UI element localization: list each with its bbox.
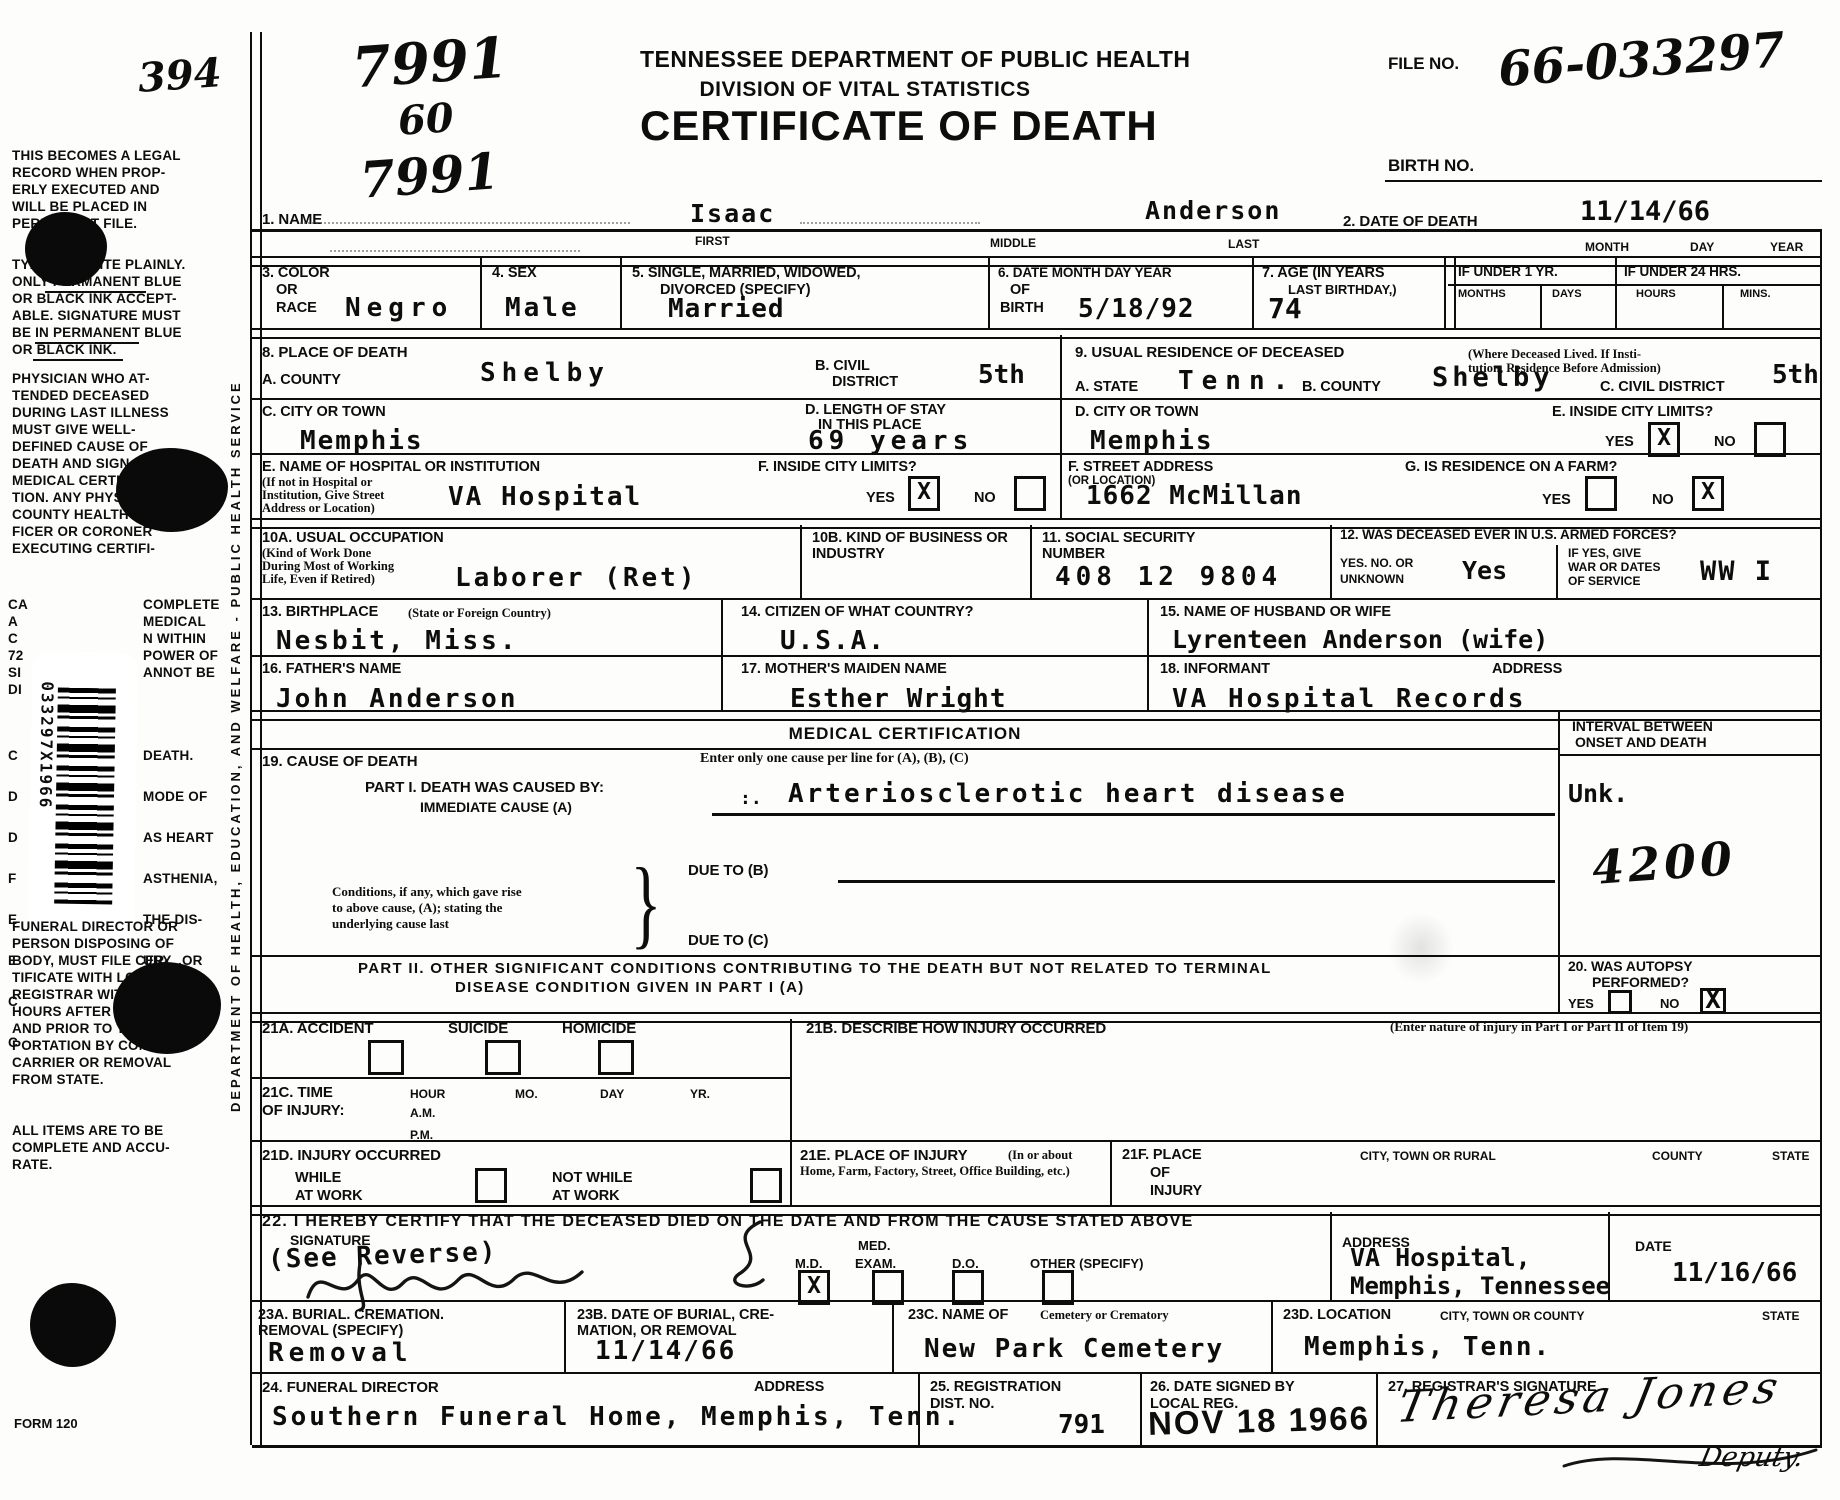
grid-line — [1110, 1140, 1112, 1205]
months-sublabel: MONTHS — [1458, 288, 1506, 300]
cause-note: Enter only one cause per line for (A), (… — [700, 751, 969, 767]
yes-label: YES — [1568, 996, 1594, 1011]
grid-line — [1147, 655, 1149, 712]
homicide-checkbox — [598, 1040, 634, 1075]
certify-date-label: DATE — [1635, 1238, 1672, 1254]
hospital-note: (If not in Hospital orInstitution, Give … — [262, 476, 384, 515]
part2-label: PART II. OTHER SIGNIFICANT CONDITIONS CO… — [358, 960, 1272, 977]
hospital-value: VA Hospital — [448, 482, 642, 512]
civil-district-value: 5th — [978, 360, 1025, 390]
grid-line — [800, 525, 802, 598]
handwritten-60: 60 — [396, 94, 455, 145]
place-of-injury-note-1: (In or about — [1008, 1148, 1072, 1163]
usual-residence-label: 9. USUAL RESIDENCE OF DECEASED — [1075, 344, 1344, 361]
margin-cut-right: COMPLETEMEDICALN WITHINPOWER OFANNOT BE — [143, 596, 233, 681]
month-sublabel: MONTH — [1585, 240, 1629, 254]
grid-line — [838, 880, 1555, 883]
mins-sublabel: MINS. — [1740, 288, 1771, 300]
hour-sublabel: HOUR — [410, 1087, 445, 1101]
underline-black-ink — [33, 359, 123, 361]
cemetery-paren: Cemetery or Crematory — [1040, 1308, 1169, 1323]
homicide-label: HOMICIDE — [562, 1020, 636, 1037]
barcode-icon — [54, 688, 116, 905]
burial-value: Removal — [268, 1338, 413, 1368]
city-value: Memphis — [300, 426, 424, 456]
state-label: A. STATE — [1075, 379, 1138, 395]
location-value: Memphis, Tenn. — [1304, 1332, 1551, 1362]
res-civil-district-value: 5th — [1772, 360, 1819, 390]
yes-label: YES — [866, 490, 895, 506]
burial-date-label: 23B. DATE OF BURIAL, CRE- — [577, 1307, 774, 1323]
spouse-label: 15. NAME OF HUSBAND OR WIFE — [1160, 604, 1391, 620]
med-sublabel: MED. — [858, 1238, 891, 1253]
business-label: 10B. KIND OF BUSINESS OR — [812, 530, 1008, 546]
grid-line — [790, 1140, 792, 1205]
describe-injury-label: 21B. DESCRIBE HOW INJURY OCCURRED — [806, 1020, 1106, 1037]
medical-certification-title: MEDICAL CERTIFICATION — [252, 724, 1558, 744]
grid-line — [721, 598, 723, 655]
occupation-note: (Kind of Work DoneDuring Most of Working… — [262, 547, 394, 586]
grid-line — [1558, 712, 1560, 1012]
certifier-signature — [300, 1252, 590, 1312]
funeral-address-label: ADDRESS — [754, 1379, 824, 1395]
grid-line — [790, 1019, 792, 1140]
grid-line — [252, 398, 1822, 400]
birth-no-line — [1385, 180, 1822, 182]
spouse-value: Lyrenteen Anderson (wife) — [1172, 625, 1548, 654]
certifier-address-2: Memphis, Tennessee — [1350, 1272, 1610, 1300]
citizen-label: 14. CITIZEN OF WHAT COUNTRY? — [741, 604, 973, 620]
hospital-label: E. NAME OF HOSPITAL OR INSTITUTION — [262, 459, 540, 475]
grid-line — [1448, 284, 1822, 286]
form-number: FORM 120 — [14, 1416, 78, 1431]
handwritten-4200: 4200 — [1590, 831, 1737, 895]
state-sublabel: STATE — [1772, 1149, 1810, 1163]
margin-note-accurate: ALL ITEMS ARE TO BECOMPLETE AND ACCU-RAT… — [12, 1122, 224, 1173]
ink-blob-4 — [30, 1283, 116, 1367]
grid-line — [252, 955, 1822, 957]
yes-label: YES — [1542, 492, 1571, 508]
certify-date-value: 11/16/66 — [1672, 1258, 1797, 1288]
handwritten-394: 394 — [136, 49, 223, 102]
grid-line — [252, 1140, 1822, 1142]
armed-forces-value: Yes — [1462, 556, 1507, 585]
name-last-value: Anderson — [1145, 196, 1281, 225]
place-injury-21f-label-3: INJURY — [1150, 1183, 1202, 1199]
grid-line — [712, 813, 1555, 816]
no-label: NO — [1652, 492, 1674, 508]
hours-sublabel: HOURS — [1636, 288, 1676, 300]
page-title: CERTIFICATE OF DEATH — [640, 102, 1090, 150]
grid-line — [1722, 284, 1724, 330]
yes-label: YES — [1605, 434, 1634, 450]
county-value: Shelby — [480, 358, 610, 388]
place-of-injury-label: 21E. PLACE OF INJURY — [800, 1147, 967, 1164]
md-sublabel: M.D. — [795, 1256, 822, 1271]
autopsy-label-2: PERFORMED? — [1592, 974, 1689, 990]
grid-line — [480, 258, 482, 330]
location-state-sublabel: STATE — [1762, 1309, 1800, 1323]
marital-value: Married — [668, 294, 785, 324]
dob-label: 6. DATE MONTH DAY YEAR — [998, 265, 1172, 280]
pen-flourish — [705, 1218, 785, 1298]
sex-label: 4. SEX — [492, 265, 537, 281]
grid-line — [252, 453, 1822, 455]
civil-district-label: B. CIVIL — [815, 358, 870, 374]
res-city-limits-label: E. INSIDE CITY LIMITS? — [1552, 404, 1713, 420]
accident-checkbox — [368, 1040, 404, 1075]
interval-label-1: INTERVAL BETWEEN — [1572, 718, 1713, 734]
location-city-sublabel: CITY, TOWN OR COUNTY — [1440, 1309, 1584, 1323]
suicide-label: SUICIDE — [448, 1020, 508, 1037]
street-address-label: F. STREET ADDRESS — [1068, 459, 1213, 475]
grid-line — [1330, 525, 1332, 598]
days-sublabel: DAYS — [1552, 288, 1582, 300]
war-label-1: IF YES, GIVE — [1568, 546, 1641, 560]
county-sublabel: COUNTY — [1652, 1149, 1703, 1163]
age-value: 74 — [1268, 292, 1302, 325]
under-1yr-label: IF UNDER 1 YR. — [1458, 264, 1558, 279]
burial-label: 23A. BURIAL. CREMATION. — [258, 1307, 444, 1323]
race-label-3: RACE — [276, 300, 317, 316]
age-label-2: LAST BIRTHDAY,) — [1288, 282, 1397, 297]
while-label-2: AT WORK — [295, 1188, 363, 1204]
am-sublabel: A.M. — [410, 1106, 435, 1120]
res-county-value: Shelby — [1432, 362, 1554, 393]
injury-note: (Enter nature of injury in Part I or Par… — [1390, 1019, 1688, 1035]
burial-label-2: REMOVAL (SPECIFY) — [258, 1323, 403, 1339]
cemetery-value: New Park Cemetery — [924, 1334, 1224, 1364]
under-24hrs-label: IF UNDER 24 HRS. — [1624, 264, 1741, 279]
scan-watermark — [1388, 912, 1454, 984]
mo-sublabel: MO. — [515, 1087, 538, 1101]
armed-forces-opt-2: UNKNOWN — [1340, 572, 1404, 586]
grid-line — [1252, 258, 1254, 330]
day2-sublabel: DAY — [600, 1087, 624, 1101]
cause-of-death-label: 19. CAUSE OF DEATH — [262, 753, 417, 770]
while-label: WHILE — [295, 1170, 341, 1186]
informant-label: 18. INFORMANT — [1160, 661, 1270, 677]
grid-line — [892, 1300, 894, 1372]
ssn-label: 11. SOCIAL SECURITY — [1042, 530, 1195, 546]
form-bottom-border — [252, 1445, 1822, 1448]
city-limits-no-checkbox — [1014, 476, 1046, 511]
due-to-b-label: DUE TO (B) — [688, 862, 768, 879]
grid-line — [1147, 598, 1149, 655]
age-label: 7. AGE (IN YEARS — [1262, 265, 1385, 281]
grid-line — [1140, 1372, 1142, 1445]
grid-line — [252, 748, 1558, 750]
res-city-limits-no-checkbox — [1754, 422, 1786, 457]
grid-line — [1271, 1300, 1273, 1372]
grid-line — [1330, 1212, 1332, 1300]
grid-line — [1444, 258, 1456, 330]
agency-name: TENNESSEE DEPARTMENT OF PUBLIC HEALTH — [640, 46, 1090, 73]
place-of-injury-note-2: Home, Farm, Factory, Street, Office Buil… — [800, 1164, 1070, 1179]
grid-line — [1030, 525, 1032, 598]
res-city-label: D. CITY OR TOWN — [1075, 404, 1199, 420]
city-label: C. CITY OR TOWN — [262, 404, 386, 420]
barcode-sticker: 033297X1966 — [27, 651, 138, 945]
farm-yes-checkbox — [1585, 476, 1617, 511]
war-label-2: WAR OR DATES — [1568, 560, 1660, 574]
scan-artifact — [300, 222, 630, 224]
place-injury-21f-label: 21F. PLACE — [1122, 1147, 1202, 1163]
death-certificate-scan: THIS BECOMES A LEGALRECORD WHEN PROP-ERL… — [0, 0, 1840, 1500]
autopsy-no-checkbox: X — [1700, 988, 1726, 1014]
no-label: NO — [1714, 434, 1736, 450]
street-address-value: 1662 McMillan — [1086, 481, 1303, 511]
farm-label: G. IS RESIDENCE ON A FARM? — [1405, 459, 1617, 475]
grid-line — [721, 655, 723, 712]
time-of-injury-label-2: OF INJURY: — [262, 1102, 344, 1119]
handwritten-7991-a: 7991 — [350, 25, 510, 102]
grid-line — [564, 1300, 566, 1372]
middle-sublabel: MIDDLE — [990, 236, 1036, 250]
not-while-label-2: AT WORK — [552, 1188, 620, 1204]
part1-label: PART I. DEATH WAS CAUSED BY: — [365, 779, 604, 796]
marital-label: 5. SINGLE, MARRIED, WIDOWED, — [632, 265, 860, 281]
grid-line — [1558, 754, 1822, 756]
cause-a-value: Arteriosclerotic heart disease — [788, 779, 1348, 809]
place-of-death-label: 8. PLACE OF DEATH — [262, 344, 408, 361]
county-label: A. COUNTY — [262, 372, 341, 388]
occupation-label: 10A. USUAL OCCUPATION — [262, 530, 444, 546]
first-sublabel: FIRST — [695, 234, 730, 248]
day-sublabel: DAY — [1690, 240, 1714, 254]
city-town-rural-sublabel: CITY, TOWN OR RURAL — [1360, 1149, 1496, 1163]
injury-occurred-label: 21D. INJURY OCCURRED — [262, 1147, 441, 1164]
interval-label-2: ONSET AND DEATH — [1575, 734, 1707, 750]
cause-prefix-mark: :. — [740, 788, 762, 809]
res-county-label: B. COUNTY — [1302, 379, 1381, 395]
no-label: NO — [1660, 996, 1679, 1011]
no-label: NO — [974, 490, 996, 506]
do-sublabel: D.O. — [952, 1256, 979, 1271]
registration-label-2: DIST. NO. — [930, 1396, 994, 1412]
autopsy-label: 20. WAS AUTOPSY — [1568, 958, 1693, 974]
burial-date-value: 11/14/66 — [595, 1336, 736, 1366]
length-of-stay-label: D. LENGTH OF STAY — [805, 402, 946, 418]
race-label: 3. COLOR — [262, 265, 330, 281]
other-sublabel: OTHER (SPECIFY) — [1030, 1256, 1143, 1271]
father-label: 16. FATHER'S NAME — [262, 661, 401, 677]
race-label-2: OR — [276, 282, 298, 298]
funeral-director-value: Southern Funeral Home, Memphis, Tenn. — [272, 1402, 962, 1432]
scan-artifact — [330, 250, 580, 252]
date-of-death-value: 11/14/66 — [1580, 196, 1710, 227]
grid-line — [1556, 545, 1558, 598]
funeral-director-label: 24. FUNERAL DIRECTOR — [262, 1379, 439, 1396]
grid-line — [620, 258, 622, 330]
armed-forces-opt-1: YES. NO. OR — [1340, 556, 1413, 570]
business-label-2: INDUSTRY — [812, 546, 885, 562]
birthplace-label: 13. BIRTHPLACE — [262, 604, 378, 620]
time-of-injury-label: 21C. TIME — [262, 1084, 333, 1101]
accident-label: 21A. ACCIDENT — [262, 1020, 374, 1037]
war-label-3: OF SERVICE — [1568, 574, 1640, 588]
date-stamp: NOV 18 1966 — [1148, 1399, 1371, 1443]
file-no-label: FILE NO. — [1388, 54, 1459, 74]
immediate-cause-label: IMMEDIATE CAUSE (A) — [420, 799, 572, 815]
res-civil-district-label: C. CIVIL DISTRICT — [1600, 379, 1725, 395]
registration-value: 791 — [1058, 1410, 1105, 1440]
mother-label: 17. MOTHER'S MAIDEN NAME — [741, 661, 947, 677]
occupation-value: Laborer (Ret) — [455, 563, 698, 593]
citizen-value: U.S.A. — [780, 626, 886, 656]
civil-district-label-2: DISTRICT — [832, 374, 898, 390]
birthplace-value: Nesbit, Miss. — [276, 626, 519, 656]
ssn-label-2: NUMBER — [1042, 546, 1105, 562]
barcode-number: 033297X1966 — [36, 681, 57, 809]
length-of-stay-value: 69 years — [808, 426, 973, 456]
armed-forces-label: 12. WAS DECEASED EVER IN U.S. ARMED FORC… — [1340, 527, 1677, 542]
name-underline — [252, 229, 1822, 232]
grid-line — [252, 655, 1822, 657]
conditions-note: Conditions, if any, which gave riseto ab… — [332, 884, 522, 932]
grid-line — [1615, 258, 1617, 330]
city-limits-yes-checkbox: X — [908, 476, 940, 511]
grid-line — [1376, 1372, 1378, 1445]
scan-artifact — [800, 222, 980, 224]
ssn-value: 408 12 9804 — [1055, 562, 1282, 592]
sex-value: Male — [505, 293, 580, 323]
res-city-limits-yes-checkbox: X — [1648, 422, 1680, 457]
name-first-value: Isaac — [690, 199, 775, 228]
last-sublabel: LAST — [1228, 237, 1259, 251]
due-to-c-label: DUE TO (C) — [688, 932, 768, 949]
suicide-checkbox — [485, 1040, 521, 1075]
informant-address-label: ADDRESS — [1492, 661, 1562, 677]
grid-line — [252, 1077, 790, 1079]
date-signed-label: 26. DATE SIGNED BY — [1150, 1379, 1295, 1395]
res-city-value: Memphis — [1090, 426, 1214, 456]
dob-label-3: BIRTH — [1000, 300, 1044, 316]
state-value: Tenn. — [1178, 366, 1296, 396]
grid-line — [1060, 335, 1062, 518]
certifier-address-1: VA Hospital, — [1350, 1243, 1531, 1272]
race-value: Negro — [345, 293, 453, 323]
grid-line — [252, 1300, 1822, 1302]
registration-label: 25. REGISTRATION — [930, 1379, 1061, 1395]
division-name: DIVISION OF VITAL STATISTICS — [640, 78, 1090, 102]
date-of-death-label: 2. DATE OF DEATH — [1343, 213, 1478, 230]
form-right-border — [1820, 229, 1822, 1445]
underline-permanent-2 — [35, 342, 139, 344]
brace-icon: } — [630, 845, 661, 960]
dob-label-2: OF — [1010, 282, 1030, 298]
war-value: WW I — [1700, 556, 1773, 587]
yr-sublabel: YR. — [690, 1087, 710, 1101]
place-injury-21f-label-2: OF — [1150, 1165, 1170, 1181]
part2-label-2: DISEASE CONDITION GIVEN IN PART I (A) — [455, 979, 805, 996]
year-sublabel: YEAR — [1770, 240, 1803, 254]
not-while-at-work-checkbox — [750, 1168, 782, 1203]
dob-value: 5/18/92 — [1078, 294, 1195, 324]
grid-line — [988, 258, 990, 330]
file-no-value: 66-033297 — [1496, 22, 1786, 98]
grid-line — [1540, 284, 1542, 330]
underline-permanent-1 — [45, 291, 146, 293]
exam-sublabel: EXAM. — [855, 1256, 896, 1271]
birth-no-label: BIRTH NO. — [1388, 156, 1474, 176]
interval-a-value: Unk. — [1568, 779, 1628, 808]
cemetery-label: 23C. NAME OF — [908, 1307, 1008, 1323]
farm-no-checkbox: X — [1692, 476, 1724, 511]
location-label: 23D. LOCATION — [1283, 1307, 1391, 1323]
name-label: 1. NAME — [262, 211, 322, 228]
while-at-work-checkbox — [475, 1168, 507, 1203]
birthplace-paren: (State or Foreign Country) — [408, 606, 551, 621]
grid-line — [252, 598, 1822, 600]
not-while-label: NOT WHILE — [552, 1170, 632, 1186]
section-divider — [252, 328, 1822, 339]
handwritten-7991-b: 7991 — [358, 141, 501, 210]
autopsy-yes-checkbox — [1608, 990, 1632, 1014]
city-limits-label: F. INSIDE CITY LIMITS? — [758, 459, 917, 475]
vertical-department-text: DEPARTMENT OF HEALTH, EDUCATION, AND WEL… — [228, 380, 243, 1112]
